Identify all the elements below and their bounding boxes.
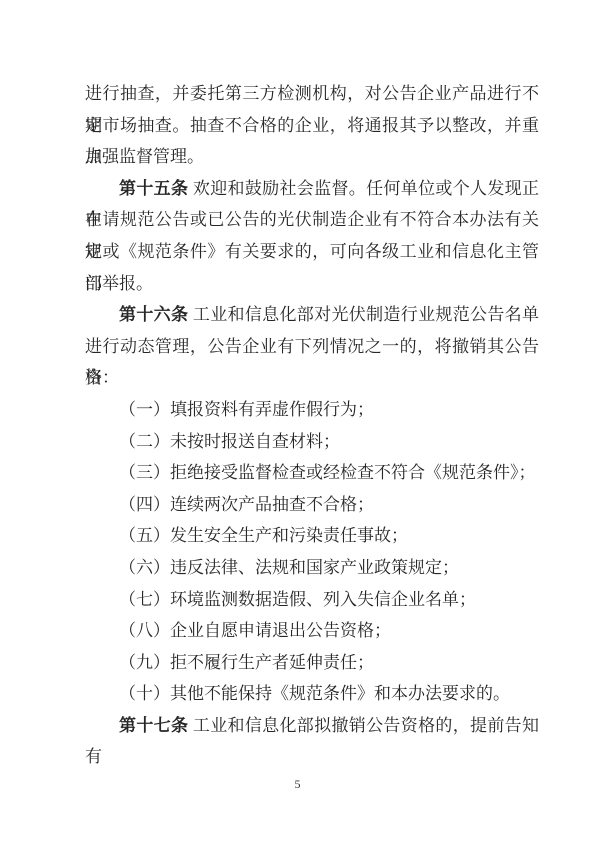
list-item: （三）拒绝接受监督检查或经检查不符合《规范条件》； [85,457,539,489]
text-line: 期市场抽查。抽查不合格的企业，将通报其予以整改，并重点 [85,110,539,142]
text-line: 申请规范公告或已公告的光伏制造企业有不符合本办法有关规 [85,204,539,236]
article-16-heading-line: 第十六条 工业和信息化部对光伏制造行业规范公告名单 [85,299,539,331]
list-item: （七）环境监测数据造假、列入失信企业名单； [85,584,539,616]
text-line: 加强监督管理。 [85,141,539,173]
list-item: （十）其他不能保持《规范条件》和本办法要求的。 [85,678,539,710]
article-number: 第十五条 [119,179,188,198]
page-number: 5 [0,776,595,792]
text-line: 门举报。 [85,268,539,300]
list-item: （八）企业自愿申请退出公告资格； [85,615,539,647]
text-line: 格： [85,362,539,394]
list-item: （一）填报资料有弄虚作假行为； [85,394,539,426]
list-item: （五）发生安全生产和污染责任事故； [85,520,539,552]
list-item: （四）连续两次产品抽查不合格； [85,489,539,521]
text-line: 进行抽查，并委托第三方检测机构，对公告企业产品进行不定 [85,78,539,110]
article-number: 第十七条 [119,716,188,735]
document-page: 进行抽查，并委托第三方检测机构，对公告企业产品进行不定 期市场抽查。抽查不合格的… [0,0,595,841]
list-item: （六）违反法律、法规和国家产业政策规定； [85,552,539,584]
list-item: （二）未按时报送自查材料； [85,426,539,458]
line-text: 工业和信息化部对光伏制造行业规范公告名单 [188,305,539,324]
article-15-heading-line: 第十五条 欢迎和鼓励社会监督。任何单位或个人发现正在 [85,173,539,205]
text-block: 进行抽查，并委托第三方检测机构，对公告企业产品进行不定 期市场抽查。抽查不合格的… [85,78,539,741]
list-item: （九）拒不履行生产者延伸责任； [85,647,539,679]
text-line: 进行动态管理，公告企业有下列情况之一的，将撤销其公告资 [85,331,539,363]
article-17-heading-line: 第十七条 工业和信息化部拟撤销公告资格的，提前告知有 [85,710,539,742]
text-line: 定或《规范条件》有关要求的，可向各级工业和信息化主管部 [85,236,539,268]
article-number: 第十六条 [119,305,188,324]
